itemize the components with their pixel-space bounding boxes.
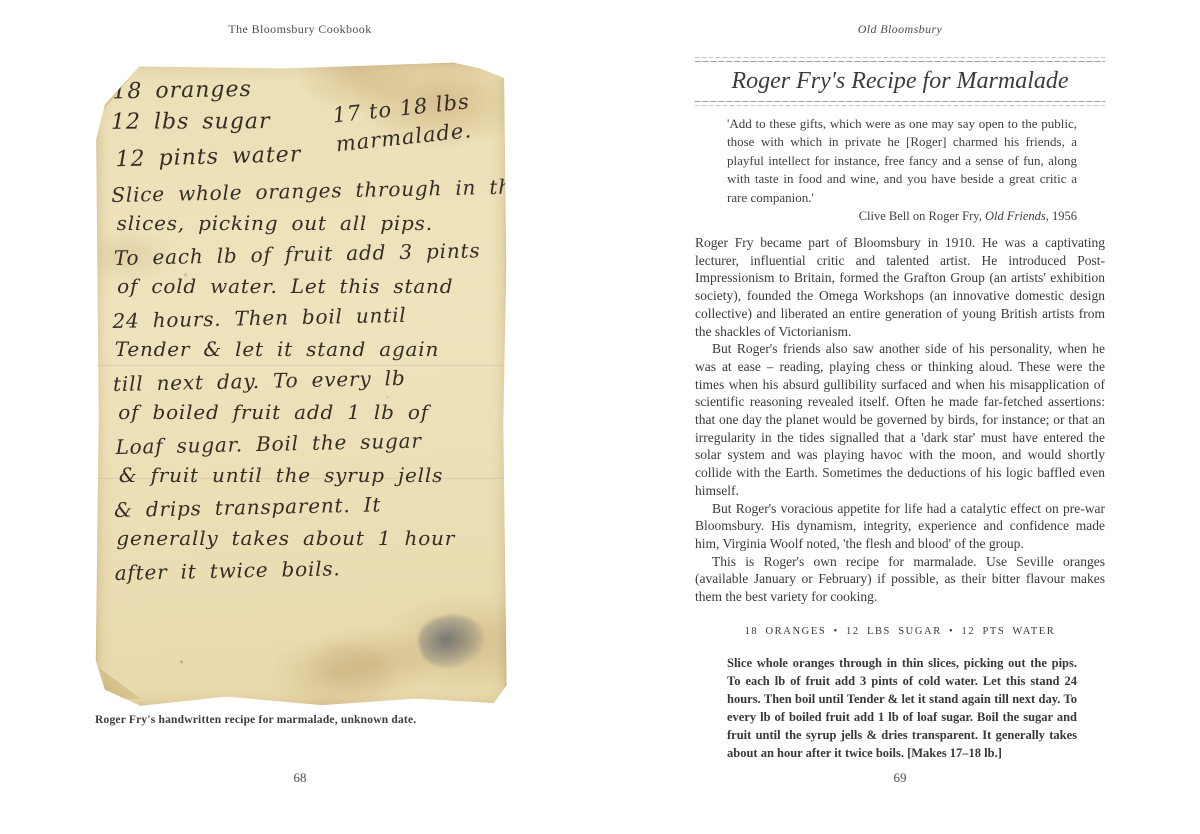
paragraph: Roger Fry became part of Bloomsbury in 1… xyxy=(695,234,1105,340)
handwritten-line: of cold water. Let this stand xyxy=(117,270,496,302)
attribution-work-title: Old Friends xyxy=(985,209,1046,223)
page-number-left: 68 xyxy=(0,770,600,786)
epigraph-quote: 'Add to these gifts, which were as one m… xyxy=(695,115,1105,207)
handwritten-line: To each lb of fruit add 3 pints xyxy=(114,235,497,274)
handwritten-line: slices, picking out all pips. xyxy=(117,207,496,239)
handwritten-line: & fruit until the syrup jells xyxy=(119,459,498,491)
manuscript-photo: 18 oranges 12 lbs sugar 12 pints water 1… xyxy=(95,62,507,707)
body-text: Roger Fry became part of Bloomsbury in 1… xyxy=(695,234,1105,606)
decorative-rule xyxy=(695,105,1105,106)
ingredients-line: 18 ORANGES • 12 LBS SUGAR • 12 PTS WATER xyxy=(695,626,1105,637)
handwritten-line: till next day. To every lb xyxy=(113,361,498,401)
decorative-rule xyxy=(695,61,1105,62)
paragraph: But Roger's voracious appetite for life … xyxy=(695,500,1105,553)
page-number-right: 69 xyxy=(600,770,1200,786)
paragraph: This is Roger's own recipe for marmalade… xyxy=(695,553,1105,606)
decorative-rule xyxy=(695,101,1105,102)
page-right: Old Bloomsbury Roger Fry's Recipe for Ma… xyxy=(600,0,1200,834)
chapter-title-block: Roger Fry's Recipe for Marmalade xyxy=(695,57,1105,106)
attribution-suffix: , 1956 xyxy=(1046,209,1077,223)
text-column: Roger Fry's Recipe for Marmalade 'Add to… xyxy=(695,0,1105,762)
quote-attribution: Clive Bell on Roger Fry, Old Friends, 19… xyxy=(695,209,1105,224)
recipe-method: Slice whole oranges through in thin slic… xyxy=(695,654,1105,762)
handwritten-line: of boiled fruit add 1 lb of xyxy=(118,396,497,428)
page-left: The Bloomsbury Cookbook 18 oranges 12 lb… xyxy=(0,0,600,834)
attribution-prefix: Clive Bell on Roger Fry, xyxy=(859,209,985,223)
handwritten-line: Loaf sugar. Boil the sugar xyxy=(115,424,498,463)
handwritten-ingredients: 18 oranges 12 lbs sugar 12 pints water 1… xyxy=(112,69,498,178)
handwritten-line: after it twice boils. xyxy=(114,550,499,590)
photo-caption: Roger Fry's handwritten recipe for marma… xyxy=(95,714,535,726)
handwritten-line: & drips transparent. It xyxy=(114,487,499,527)
handwritten-recipe: 18 oranges 12 lbs sugar 12 pints water 1… xyxy=(113,72,497,699)
handwritten-method: Slice whole oranges through in thin slic… xyxy=(111,174,499,587)
handwritten-line: Slice whole oranges through in thin xyxy=(111,172,496,212)
running-header-left: The Bloomsbury Cookbook xyxy=(0,22,600,37)
chapter-title: Roger Fry's Recipe for Marmalade xyxy=(695,65,1105,98)
handwritten-line: 24 hours. Then boil until xyxy=(112,298,497,338)
decorative-rule xyxy=(695,57,1105,58)
handwritten-line: Tender & let it stand again xyxy=(115,333,497,365)
paragraph: But Roger's friends also saw another sid… xyxy=(695,340,1105,499)
book-spread: The Bloomsbury Cookbook 18 oranges 12 lb… xyxy=(0,0,1200,834)
handwritten-line: generally takes about 1 hour xyxy=(116,522,498,554)
